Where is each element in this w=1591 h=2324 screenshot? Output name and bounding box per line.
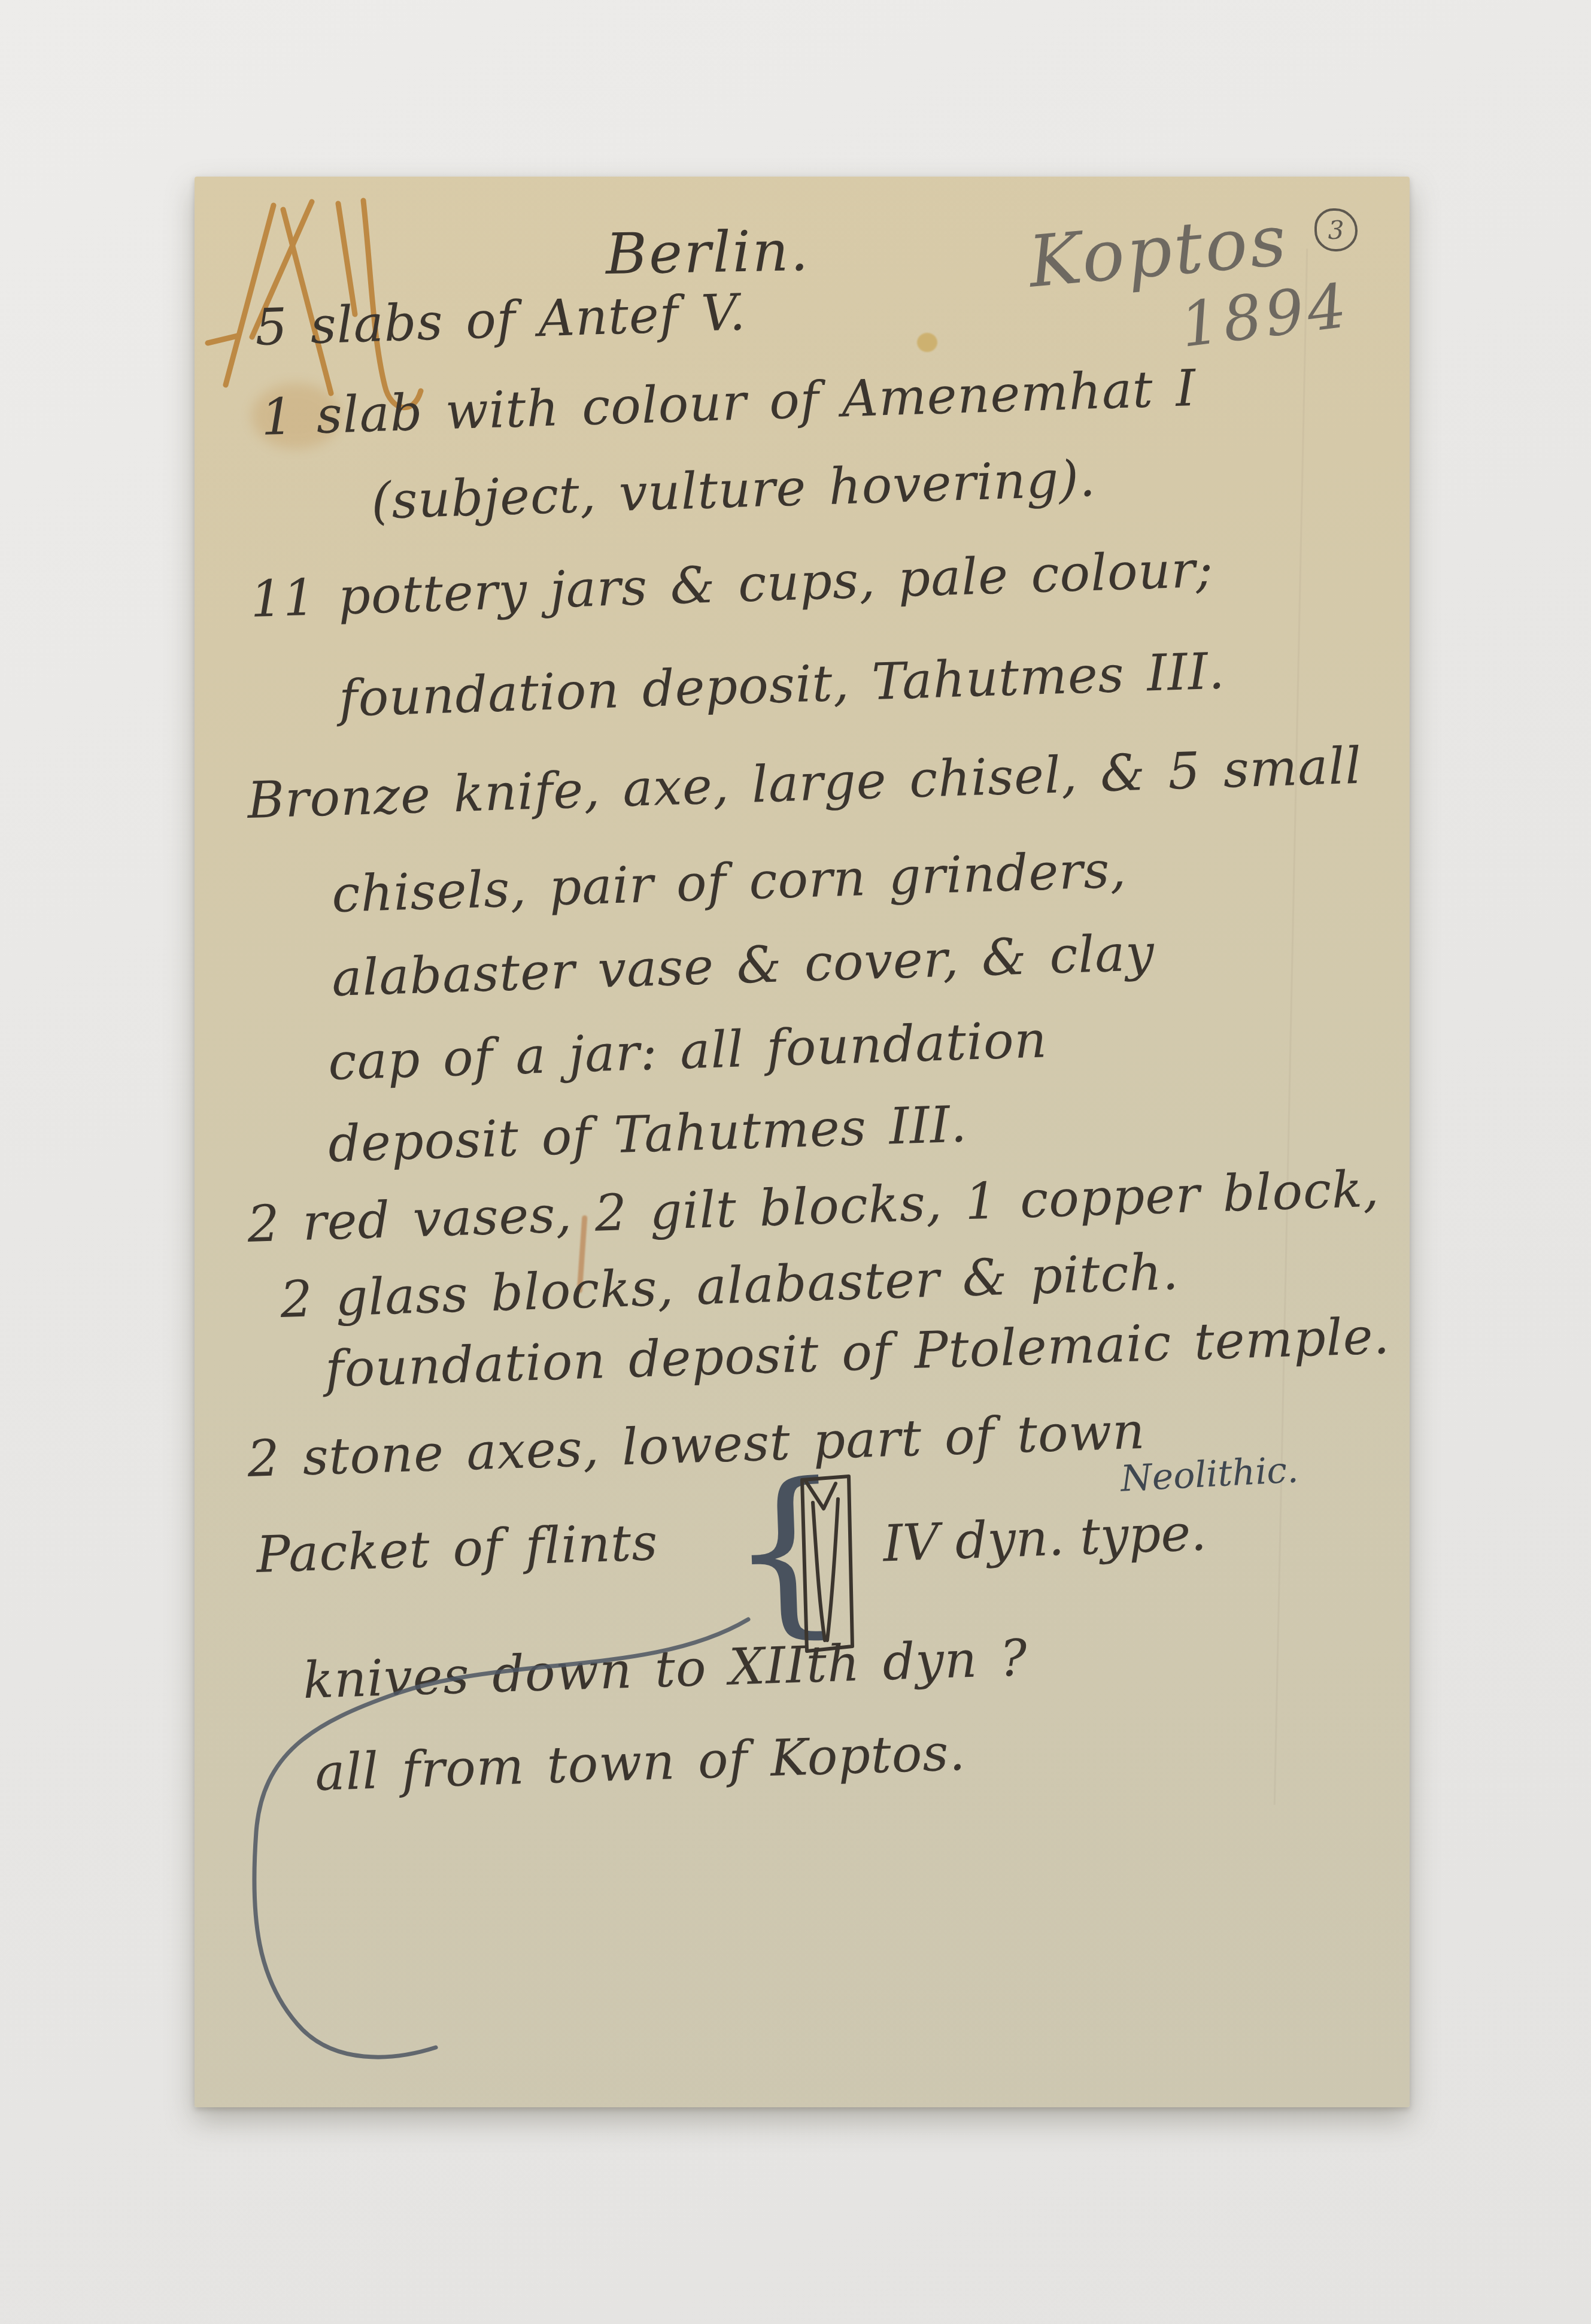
connector-curve <box>0 0 1591 2324</box>
